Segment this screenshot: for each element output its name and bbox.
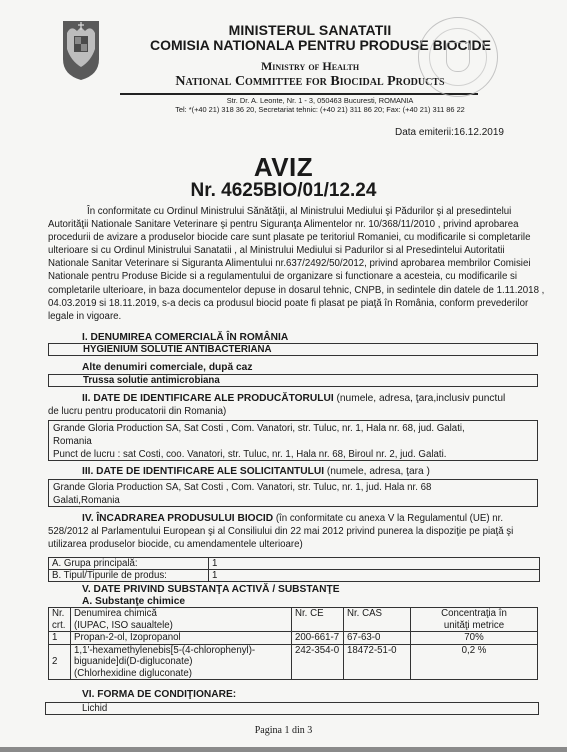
col-conc: Concentraţia în unităţi metrice <box>411 608 538 632</box>
issue-date: Data emiterii:16.12.2019 <box>395 127 504 138</box>
cell-conc: 0,2 % <box>411 644 538 680</box>
col-name: Denumirea chimică (IUPAC, ISO saualtele) <box>71 608 292 632</box>
table-header-row: Nr. crt. Denumirea chimică (IUPAC, ISO s… <box>49 608 538 632</box>
col-conc-line-2: unităţi metrice <box>414 620 534 632</box>
header-rule <box>120 93 478 95</box>
section-3-note: (numele, adresa, ţara ) <box>324 466 430 477</box>
cell-conc: 70% <box>411 632 538 645</box>
group-value: 1 <box>209 558 540 570</box>
producer-line-3: Punct de lucru : sat Costi, coo. Vanator… <box>53 448 533 461</box>
header-address: Str. Dr. A. Leonte, Nr. 1 - 3, 050463 Bu… <box>140 96 500 105</box>
cell-name: 1,1'-hexamethylenebis[5-(4-chlorophenyl)… <box>71 644 292 680</box>
header-contacts: Tel: *(+40 21) 318 36 20, Secretariat te… <box>140 105 500 114</box>
applicant-line-1: Grande Gloria Production SA, Sat Costi ,… <box>53 481 533 494</box>
alt-names-heading: Alte denumiri comerciale, după caz <box>82 362 252 373</box>
section-1-heading: I. DENUMIREA COMERCIALĂ ÎN ROMÂNIA <box>82 332 288 343</box>
group-label: A. Grupa principală: <box>49 558 209 570</box>
cell-cas: 18472-51-0 <box>344 644 411 680</box>
section-2-note: (numele, adresa, ţara,inclusiv punctul <box>334 393 506 404</box>
section-2-heading: II. DATE DE IDENTIFICARE ALE PRODUCĂTORU… <box>82 393 505 404</box>
document-number: Nr. 4625BIO/01/12.24 <box>0 180 567 202</box>
alt-names-box: Trussa solutie antimicrobiana <box>48 374 538 387</box>
section-2-note-cont: de lucru pentru producatorii din Romania… <box>48 406 226 417</box>
table-row: 1 Propan-2-ol, Izopropanol 200-661-7 67-… <box>49 632 538 645</box>
table-row: B. Tipul/Tipurile de produs: 1 <box>49 570 540 582</box>
cell-nr: 1 <box>49 632 71 645</box>
section-5a-heading: A. Substanţe chimice <box>82 596 185 607</box>
cell-name-line-1: 1,1'-hexamethylenebis[5-(4-chlorophenyl)… <box>74 645 288 657</box>
col-name-line-2: (IUPAC, ISO saualtele) <box>74 620 288 632</box>
producer-box: Grande Gloria Production SA, Sat Costi ,… <box>48 420 538 461</box>
cell-ce: 242-354-0 <box>292 644 344 680</box>
cell-name: Propan-2-ol, Izopropanol <box>71 632 292 645</box>
preamble-text: În conformitate cu Ordinul Ministrului S… <box>48 205 548 323</box>
producer-line-2: Romania <box>53 435 533 448</box>
section-3-title: III. DATE DE IDENTIFICARE ALE SOLICITANT… <box>82 466 324 477</box>
cell-name-line-2: biguanide]di(D-digluconate) <box>74 656 288 668</box>
col-name-line-1: Denumirea chimică <box>74 608 288 620</box>
section-6-heading: VI. FORMA DE CONDIŢIONARE: <box>82 689 236 700</box>
section-4-heading: IV. ÎNCADRAREA PRODUSULUI BIOCID (în con… <box>48 513 540 551</box>
packaging-form-box: Lichid <box>45 702 539 715</box>
applicant-line-2: Galati,Romania <box>53 494 533 507</box>
table-row: 2 1,1'-hexamethylenebis[5-(4-chloropheny… <box>49 644 538 680</box>
substances-table: Nr. crt. Denumirea chimică (IUPAC, ISO s… <box>48 607 538 680</box>
preamble: În conformitate cu Ordinul Ministrului S… <box>48 205 548 323</box>
cell-ce: 200-661-7 <box>292 632 344 645</box>
section-3-heading: III. DATE DE IDENTIFICARE ALE SOLICITANT… <box>82 466 430 477</box>
type-value: 1 <box>209 570 540 582</box>
section-2-title: II. DATE DE IDENTIFICARE ALE PRODUCĂTORU… <box>82 393 334 404</box>
producer-line-1: Grande Gloria Production SA, Sat Costi ,… <box>53 422 533 435</box>
header-commission-en: National Committee for Biocidal Products <box>150 74 470 90</box>
section-4-title: IV. ÎNCADRAREA PRODUSULUI BIOCID <box>82 513 273 524</box>
applicant-box: Grande Gloria Production SA, Sat Costi ,… <box>48 479 538 507</box>
stamp-icon <box>418 17 498 97</box>
col-nr: Nr. crt. <box>49 608 71 632</box>
table-row: A. Grupa principală: 1 <box>49 558 540 570</box>
col-conc-line-1: Concentraţia în <box>414 608 534 620</box>
coat-of-arms-icon <box>61 19 101 81</box>
col-nr-line-2: crt. <box>52 620 67 632</box>
type-label: B. Tipul/Tipurile de produs: <box>49 570 209 582</box>
cell-cas: 67-63-0 <box>344 632 411 645</box>
document-page: MINISTERUL SANATATII COMISIA NATIONALA P… <box>0 0 567 752</box>
col-nr-line-1: Nr. <box>52 608 67 620</box>
page-number: Pagina 1 din 3 <box>0 725 567 736</box>
cell-nr: 2 <box>49 644 71 680</box>
section-5-heading: V. DATE PRIVIND SUBSTANŢA ACTIVĂ / SUBST… <box>82 584 340 595</box>
product-group-table: A. Grupa principală: 1 B. Tipul/Tipurile… <box>48 557 540 582</box>
header-ministry-ro: MINISTERUL SANATATII <box>150 22 470 38</box>
col-cas: Nr. CAS <box>344 608 411 632</box>
trade-name-box: HYGIENIUM SOLUTIE ANTIBACTERIANA <box>48 343 538 356</box>
col-ce: Nr. CE <box>292 608 344 632</box>
page-bottom-edge <box>0 747 567 752</box>
cell-name-line-3: (Chlorhexidine digluconate) <box>74 668 288 680</box>
document-title: AVIZ <box>0 152 567 183</box>
